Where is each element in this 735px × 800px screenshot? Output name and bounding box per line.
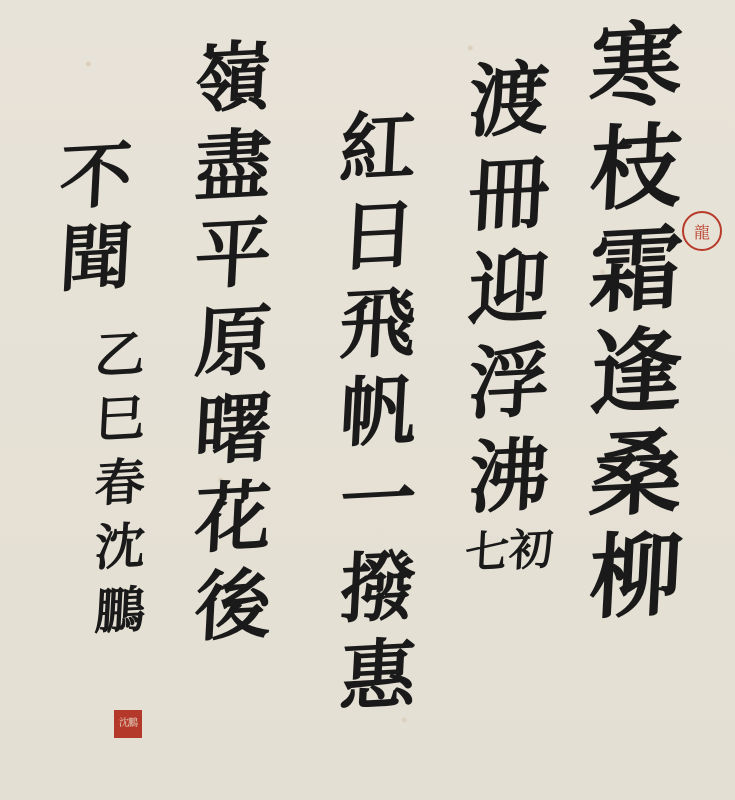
character: 七初 bbox=[464, 528, 555, 577]
character: 日 bbox=[338, 196, 418, 276]
character: 柳 bbox=[587, 528, 684, 625]
calligraphy-column-3: 紅 日 飛 帆 一 撥 惠 bbox=[340, 110, 416, 714]
character: 帆 bbox=[338, 372, 418, 452]
character: 嶺 bbox=[193, 38, 273, 118]
character: 寒 bbox=[587, 18, 684, 115]
signature-character: 沈 bbox=[94, 521, 147, 574]
signature-character: 鵬 bbox=[94, 585, 147, 638]
character: 迎 bbox=[467, 246, 552, 330]
name-seal-icon: 沈鵬 bbox=[114, 710, 142, 738]
character: 飛 bbox=[338, 284, 418, 364]
character: 桑 bbox=[587, 426, 684, 523]
character: 聞 bbox=[58, 220, 134, 296]
calligraphy-column-1: 寒 枝 霜 逢 桑 柳 bbox=[590, 20, 682, 622]
character: 撥 bbox=[338, 548, 418, 628]
calligraphy-column-2: 渡 冊 迎 浮 沸 七初 bbox=[465, 60, 553, 574]
signature-column: 乙 巳 春 沈 鵬 bbox=[95, 330, 145, 636]
character: 沸 bbox=[467, 434, 552, 518]
calligraphy-column-5: 不 聞 bbox=[60, 140, 132, 294]
calligraphy-column-4: 嶺 盡 平 原 曙 花 後 bbox=[195, 40, 271, 644]
character: 霜 bbox=[587, 222, 684, 319]
signature-character: 巳 bbox=[94, 393, 147, 446]
character: 平 bbox=[193, 214, 273, 294]
leading-seal-icon: 龍 bbox=[682, 211, 722, 251]
character: 後 bbox=[193, 566, 273, 646]
character: 浮 bbox=[467, 340, 552, 424]
character: 原 bbox=[193, 302, 273, 382]
character: 盡 bbox=[193, 126, 273, 206]
character: 紅 bbox=[338, 108, 418, 188]
signature-character: 乙 bbox=[94, 329, 147, 382]
character: 曙 bbox=[193, 390, 273, 470]
character: 不 bbox=[58, 138, 134, 214]
character: 枝 bbox=[587, 120, 684, 217]
character: 逢 bbox=[587, 324, 684, 421]
character: 冊 bbox=[467, 152, 552, 236]
signature-character: 春 bbox=[94, 457, 147, 510]
character: 一 bbox=[338, 460, 418, 540]
character: 花 bbox=[193, 478, 273, 558]
character: 渡 bbox=[467, 58, 552, 142]
character: 惠 bbox=[338, 636, 418, 716]
